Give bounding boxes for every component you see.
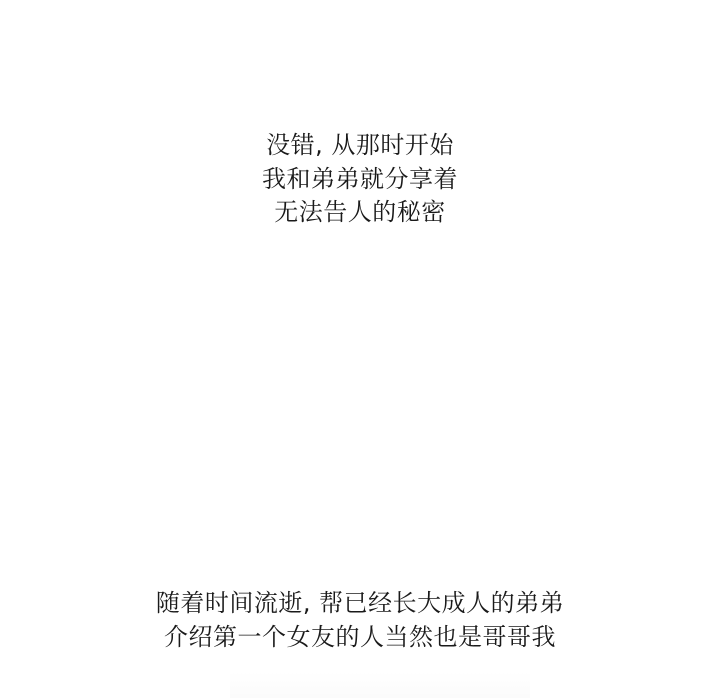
caption-top: 没错, 从那时开始 我和弟弟就分享着 无法告人的秘密 xyxy=(0,129,720,230)
caption-bottom: 随着时间流逝, 帮已经长大成人的弟弟 介绍第一个女友的人当然也是哥哥我 xyxy=(0,587,720,654)
caption-line: 随着时间流逝, 帮已经长大成人的弟弟 xyxy=(0,587,720,621)
caption-line: 我和弟弟就分享着 xyxy=(0,163,720,197)
caption-line: 介绍第一个女友的人当然也是哥哥我 xyxy=(0,621,720,655)
caption-line: 无法告人的秘密 xyxy=(0,196,720,230)
caption-line: 没错, 从那时开始 xyxy=(0,129,720,163)
faint-artwork-edge xyxy=(230,672,530,698)
